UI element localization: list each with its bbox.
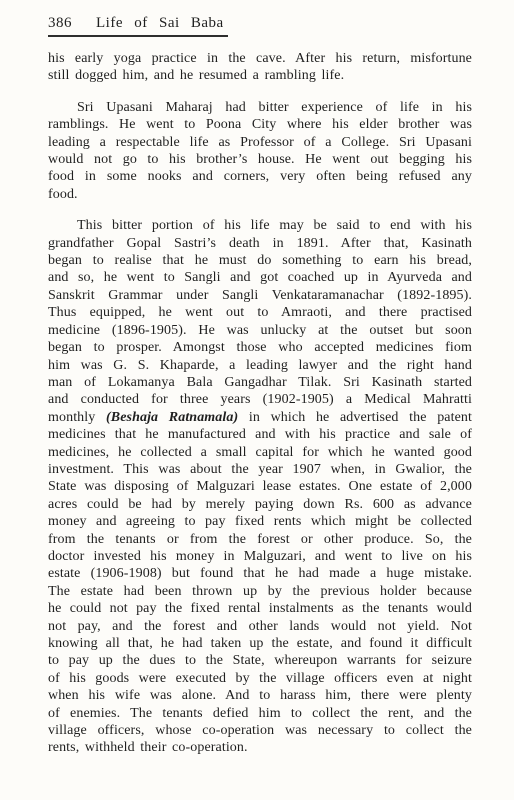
text-line: grandfather Gopal Sastri’s death in 1891…	[48, 235, 472, 252]
paragraph-2: Sri Upasani Maharaj had bitter experienc…	[48, 99, 472, 203]
text-line: investment. This was about the year 1907…	[48, 461, 472, 478]
text-line: estate (1906-1908) but found that he had…	[48, 565, 472, 582]
text-line: food in some nooks and corners, very oft…	[48, 168, 472, 185]
text-line: State was disposing of Malguzari lease e…	[48, 478, 472, 495]
text-line: and conducted for three years (1902-1905…	[48, 391, 472, 408]
text-line: medicines, he collected a small capital …	[48, 444, 472, 461]
text-line: his early yoga practice in the cave. Aft…	[48, 50, 472, 67]
text-line: acres could be had by merely paying down…	[48, 496, 472, 513]
text-line: ramblings. He went to Poona City where h…	[48, 116, 472, 133]
text-line: village officers, whose co-operation was…	[48, 722, 472, 739]
text-line: he could not pay the fixed rental instal…	[48, 600, 472, 617]
page-number: 386	[48, 15, 72, 32]
text-line: doctor invested his money in Malguzari, …	[48, 548, 472, 565]
text-line: The estate had been thrown up by the pre…	[48, 583, 472, 600]
text-segment: in which he advertised the patent	[238, 410, 472, 425]
page-content: 386Life of Sai Baba his early yoga pract…	[48, 14, 472, 757]
text-line: This bitter portion of his life may be s…	[48, 217, 472, 234]
text-line: medicines that he manufactured and with …	[48, 426, 472, 443]
body-text: his early yoga practice in the cave. Aft…	[48, 50, 472, 757]
text-line: rents, withheld their co-operation.	[48, 739, 472, 756]
text-line: medicine (1896-1905). He was unlucky at …	[48, 322, 472, 339]
running-title: Life of Sai Baba	[96, 15, 224, 32]
text-line: him was G. S. Khaparde, a leading lawyer…	[48, 357, 472, 374]
text-line: to pay up the dues to the State, whereup…	[48, 652, 472, 669]
text-line: not pay, and the forest and other lands …	[48, 618, 472, 635]
text-line: leading a respectable life as Professor …	[48, 134, 472, 151]
text-line: food.	[48, 186, 472, 203]
paragraph-1: his early yoga practice in the cave. Aft…	[48, 50, 472, 85]
text-line: money and agreeing to pay fixed rents wh…	[48, 513, 472, 530]
text-line: when his wife was alone. And to harass h…	[48, 687, 472, 704]
text-line: man of Lokamanya Bala Gangadhar Tilak. S…	[48, 374, 472, 391]
text-line: Thus equipped, he went out to Amraoti, a…	[48, 304, 472, 321]
text-line: monthly (Beshaja Ratnamala) in which he …	[48, 409, 472, 426]
text-line: Sanskrit Grammar under Sangli Venkataram…	[48, 287, 472, 304]
text-line: would not go to his brother’s house. He …	[48, 151, 472, 168]
text-line: of his goods were executed by the villag…	[48, 670, 472, 687]
text-line: and so, he went to Sangli and got coache…	[48, 269, 472, 286]
text-segment: monthly	[48, 410, 106, 425]
text-line: from the tenants or from the forest or o…	[48, 531, 472, 548]
text-line: began to prosper. Amongst those who acce…	[48, 339, 472, 356]
text-line: knowing all that, he had taken up the es…	[48, 635, 472, 652]
paragraph-3: This bitter portion of his life may be s…	[48, 217, 472, 757]
text-line: Sri Upasani Maharaj had bitter experienc…	[48, 99, 472, 116]
emphasized-text: (Beshaja Ratnamala)	[106, 410, 238, 425]
text-line: of enemies. The tenants defied him to co…	[48, 705, 472, 722]
text-line: began to realise that he must do somethi…	[48, 252, 472, 269]
page-header: 386Life of Sai Baba	[48, 15, 228, 37]
text-line: still dogged him, and he resumed a rambl…	[48, 67, 472, 84]
book-page: 386Life of Sai Baba his early yoga pract…	[0, 0, 514, 800]
